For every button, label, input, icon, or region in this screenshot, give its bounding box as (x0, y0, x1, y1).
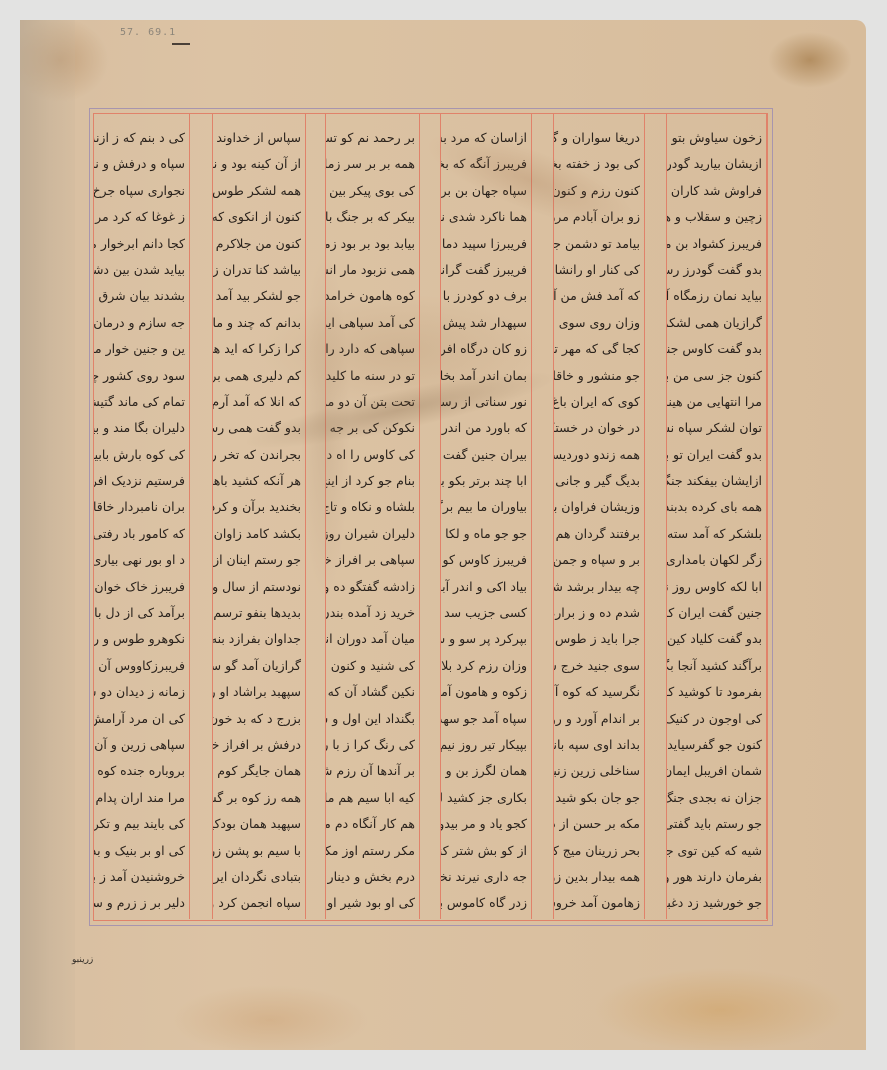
accession-number: 57. 69.1 (120, 27, 176, 38)
verse-line: زخون سیاوش بتو دارای نشان (667, 127, 766, 153)
verse-line: نکوکن کی بر جه ز دازشی (326, 417, 419, 443)
verse-line: سپاه جهان بن برافرش (441, 180, 531, 206)
verse-line: همی نزبود مار انسرد (326, 259, 419, 285)
verse-line: بداند اوی سپه بانیم (554, 734, 644, 760)
verse-line: که باورد من اندر نبرد (441, 417, 531, 443)
verse-line: سپاه و درفش و نبین نماند (94, 153, 189, 179)
verse-line: بر آندها آن رزم شد نکم (326, 760, 419, 786)
verse-line: سپهدار شد پیش خاقان چین (441, 312, 531, 338)
verse-line: شدم ده و ز برارم ار هر رو (554, 602, 644, 628)
verse-line: زگر لکهان بامداری دمان (667, 549, 766, 575)
text-column-right-1: زخون سیاوش بتو دارای نشانازیشان بیارید گ… (666, 113, 767, 919)
verse-line: بنام جو کرد از اینچ جز از (326, 470, 419, 496)
verse-line: بیاوران ما بیم برگ رخت (441, 496, 531, 522)
verse-line: برآگند کشید آنجا بگاه (667, 655, 766, 681)
verse-line: بر رحمد نم کو تسار باد (326, 127, 419, 153)
verse-line: بدو گفت گودرز رستم چگفت (667, 259, 766, 285)
verse-line: نکوهرو طوس و رستم جاک (94, 628, 189, 654)
verse-line: خروشنیدن آمد ز بالای کوه (94, 866, 189, 892)
verse-line: کی بود ز خفته بخاک اندرون (554, 153, 644, 179)
verse-line: گرازیان همی لشکر آمد بدید (667, 312, 766, 338)
verse-line: فریبرز خاک خوان فرست (94, 576, 189, 602)
verse-line: همه بای کرده بدبند گران (667, 496, 766, 522)
verse-line: نجواری سپاه جرخ ماه (94, 180, 189, 206)
verse-line: شیه که کین توی جو بجوی (667, 840, 766, 866)
verse-line: کی ان مرد آرامش ز باشت (94, 708, 189, 734)
verse-line: نکین گشاد آن که سپا ماهی (326, 681, 419, 707)
verse-line: کنون جو گفرسیاید جنگ (667, 734, 766, 760)
verse-line: جو خورشید زد دغبه بر شکاو (667, 892, 766, 918)
verse-line: ز غوغا که کرد مرا نشاند (94, 206, 189, 232)
catchword-note: زرینبو (72, 955, 93, 965)
verse-line: هر آنکه کشید باها و آ (213, 470, 305, 496)
text-column-left-1: کی د بنم که ز ازنه بر جایگاهسپاه و درفش … (93, 113, 190, 919)
verse-line: زو بران آبادم مرز و بوم (554, 206, 644, 232)
verse-line: ابا لکه کاوس روز نبرد (667, 576, 766, 602)
verse-line: زو کان درگاه افراسیاب (441, 338, 531, 364)
verse-line: همه بر بر سر زمان لکر هند (326, 153, 419, 179)
verse-line: بیاشد کنا تدران زرمگاه (213, 259, 305, 285)
verse-line: همه زندو دوردیست (554, 444, 644, 470)
verse-line: ازاسان که مرد بسیار باد (441, 127, 531, 153)
verse-line: سناخلی زرین زنبیل گیر (554, 760, 644, 786)
verse-line: جو جو ماه و لکا و فر شیذور رد (441, 523, 531, 549)
verse-line: کنون رزم و کنون کار (554, 180, 644, 206)
verse-line: کی د بنم که ز ازنه بر جایگاه (94, 127, 189, 153)
verse-line: بیابد بود بر بود زمان (326, 233, 419, 259)
verse-line: بیاید نمان رزمگاه آرمید (667, 285, 766, 311)
verse-line: گرازیان آمد گو سیلی (213, 655, 305, 681)
verse-line: جو رستم اینان از زوانا (213, 549, 305, 575)
text-column-left-2: سپاس از خداوند خورشید و ماهاز آن کینه بو… (212, 113, 306, 919)
verse-line: دلیران بگا مند و بیکار جنت (94, 417, 189, 443)
verse-line: از کو بش شتر کند زد (441, 840, 531, 866)
verse-line: نور سناتی از رستم نامدار (441, 391, 531, 417)
verse-line: بلشاه و نکاه و تاج و نخت (326, 496, 419, 522)
verse-line: بزرج د که بد خون هومرا (213, 708, 305, 734)
text-column-center-left: بر رحمد نم کو تسار بادهمه بر بر سر زمان … (325, 113, 420, 919)
verse-line: با سیم بو پشن زر دان بپای (213, 840, 305, 866)
verse-line: زمانه ز دیدان دو سیار باد (94, 681, 189, 707)
verse-line: مرا انتهایی من هیندد (667, 391, 766, 417)
verse-line: وزان روی سوی هامون گذشت (554, 312, 644, 338)
verse-line: بدانم که چند و مارا لکند (213, 312, 305, 338)
verse-line: سپاه انجمن کرد و جوش برآرد (213, 892, 305, 918)
verse-line: کسی جزیب سد که کو آر بیت (441, 602, 531, 628)
verse-line: بشدند بیان شرق ان سپاه (94, 285, 189, 311)
verse-line: کی رنگ کرا ز با ران کیکم (326, 734, 419, 760)
verse-line: بفرمان دارند هور و ماه (667, 866, 766, 892)
verse-line: بفرمود تا کوشید کوس (667, 681, 766, 707)
verse-line: بجراندن که تخر رستم (213, 444, 305, 470)
verse-line: فرستیم نزدیک افراسیاب (94, 470, 189, 496)
verse-line: بروباره جنده کوه گهر (94, 760, 189, 786)
verse-line: سپاس از خداوند خورشید و ماه (213, 127, 305, 153)
verse-line: بیکر که بر جنگ با یرک (326, 206, 419, 232)
verse-line: سوی جنید خرج سند (554, 655, 644, 681)
verse-line: ازایشان بیفکند جنگی (667, 470, 766, 496)
verse-line: بکاری جز کشید لجود (441, 787, 531, 813)
verse-line: کم دلیری همی برآید (213, 365, 305, 391)
verse-line: مکه بر حسن از دو من کند (554, 813, 644, 839)
verse-line: بگنداد این اول و شرین ین (326, 708, 419, 734)
verse-line: زهامون آمد خروش جکاو (554, 892, 644, 918)
verse-line: همان لگرز بن و لچرس (441, 760, 531, 786)
verse-line: همه بیدار بدین زرمکاه (554, 866, 644, 892)
verse-line: کنون جز سی من بر پسر نکشت (667, 365, 766, 391)
verse-line: بر و سپاه و جمن از زمان (554, 549, 644, 575)
verse-line: نودستم از سال و کست (213, 576, 305, 602)
verse-line: کجا دانم ابرخوار مایه سپاه (94, 233, 189, 259)
verse-line: بیاد اکی و اندر آبد بچنگ (441, 576, 531, 602)
verse-line: سپهبد براشاد او رایگان (213, 681, 305, 707)
verse-line: فراوش شد کاران کارزار (667, 180, 766, 206)
verse-line: برفتند گردان هم اندر زمان (554, 523, 644, 549)
verse-line: از آن کینه بود و نبین نماند (213, 153, 305, 179)
verse-line: بکشد کامد زاوان سپاه (213, 523, 305, 549)
verse-line: فریبرزا سپید دمان (441, 233, 531, 259)
verse-line: سود روی کشور چینی بزد (94, 365, 189, 391)
verse-line: بپرکرد پر سو و سپاه (441, 628, 531, 654)
verse-line: همه لشکر طوس با ازسپاه (213, 180, 305, 206)
verse-line: فریبرز کاوس کو بد نهفت (441, 549, 531, 575)
verse-line: زچین و سقلاب و هند و روم (667, 206, 766, 232)
verse-line: بدو گفت کلیاد کین در جیت (667, 628, 766, 654)
verse-line: بپیکار تیر روز نیم (441, 734, 531, 760)
verse-line: بدیدها بنفو ترسم بر نزدند (213, 602, 305, 628)
verse-line: بدیگ گیر و جانی شد (554, 470, 644, 496)
verse-line: جزان نه بجدی جنگ آوریم (667, 787, 766, 813)
verse-line: فریبرز آنگه که بخت بد (441, 153, 531, 179)
verse-line: فریبرز گفت گرانمایه مرد (441, 259, 531, 285)
verse-line: وزان رزم کرد بلا جلیس (441, 655, 531, 681)
verse-line: جه سازم و درمان این کار جنت (94, 312, 189, 338)
verse-line: کی او بود شیر او زان و بشرو (326, 892, 419, 918)
verse-line: کیه ابا سیم هم ماهر (326, 787, 419, 813)
verse-line: بیران جنین گفت خاقان چین (441, 444, 531, 470)
verse-line: بیاید شدن بین دشمن سپاه (94, 259, 189, 285)
verse-line: کرا زکرا که اید هی ماه (213, 338, 305, 364)
verse-line: د او بور نهی بیاری نهنت (94, 549, 189, 575)
verse-line: کی بایند بیم و تکردار زمان (94, 813, 189, 839)
verse-line: درم بخش و دینار درو شرا (326, 866, 419, 892)
verse-line: نگرسید که کوه آبنوس (554, 681, 644, 707)
verse-line: بدو گفت ایران تو بند بدین (667, 444, 766, 470)
verse-line: بر اندام آورد و روز نبرد (554, 708, 644, 734)
verse-line: که انلا که آمد آرم تمام (213, 391, 305, 417)
verse-line: کوه هامون خرامد ننف (326, 285, 419, 311)
verse-line: فریبرز کشواد بن من زحایی (667, 233, 766, 259)
verse-line: بتبادی نگردان ایران گروه (213, 866, 305, 892)
verse-line: جداوان بفرازد بنه خاک (213, 628, 305, 654)
verse-line: کنون من جلاکرم آرام گاه (213, 233, 305, 259)
verse-line: جو جان بکو شید وجنگ آورید (554, 787, 644, 813)
verse-line: جنین گفت ایران که ارجمند گاه (667, 602, 766, 628)
verse-line: برآمد کی از دل با درسود (94, 602, 189, 628)
verse-line: وزیشان فراوان برید برت (554, 496, 644, 522)
verse-line: مکر رستم اوز مکه بیبرد (326, 840, 419, 866)
verse-line: جو منشور و خاقان جون مرد (554, 365, 644, 391)
verse-line: بران نامبردار خاقان چین (94, 496, 189, 522)
verse-line: مرا مند اران پدام اندر رست (94, 787, 189, 813)
text-column-right-2: دریغا سواران و گردنکشانکی بود ز خفته بخا… (553, 113, 645, 919)
verse-line: ین و جنین خوار مایه سپاه (94, 338, 189, 364)
verse-line: سپاه آمد جو سهد بجلوا (441, 708, 531, 734)
verse-line: چه بیدار برشد شد اندر زمان (554, 576, 644, 602)
verse-line: تو در سنه ما کلید آورم (326, 365, 419, 391)
verse-line: ازیشان بیارید گودرز خون (667, 153, 766, 179)
verse-line: برف دو کودرز با او برف (441, 285, 531, 311)
verse-line: شمان افریبل ایمان ز آن (667, 760, 766, 786)
verse-line: همه رز کوه بر گشت (213, 787, 305, 813)
verse-line: سپاهی زرین و آن تخت عاج (94, 734, 189, 760)
verse-line: جرا باید ز طوس و رستم گرفت (554, 628, 644, 654)
verse-line: کی شنید و کنون بر آنکی نیب (326, 655, 419, 681)
verse-line: توان لشکر سپاه نشد (667, 417, 766, 443)
verse-line: بحر زرینان میج کوی بکوی (554, 840, 644, 866)
verse-line: میان آمد دوران اندر اشتیاد (326, 628, 419, 654)
ink-mark (172, 43, 190, 45)
verse-line: در خوان در خستکی سبد (554, 417, 644, 443)
verse-line: سپاهی که دارد رای (326, 338, 419, 364)
verse-line: بدو گفت همی رستم دستان (213, 417, 305, 443)
verse-line: زکوه و هامون آمد خروش (441, 681, 531, 707)
verse-line: زدر گاه کاموس بر کنار جنگ (441, 892, 531, 918)
verse-line: بمان اندر آمد بخادر رزم (441, 365, 531, 391)
verse-line: دلیران شیران روز نبرد (326, 523, 419, 549)
verse-line: ابا چند برتر بکو برفراز (441, 470, 531, 496)
verse-line: جه داری نیرند نخر و شیرا (441, 866, 531, 892)
verse-line: کی آمد سپاهی ایران زمین (326, 312, 419, 338)
verse-line: که کامور باد رفتی سپاه (94, 523, 189, 549)
text-column-center-right: ازاسان که مرد بسیار بادفریبرز آنگه که بخ… (440, 113, 532, 919)
verse-line: جو رستم باید گفتی کشید (667, 813, 766, 839)
verse-line: کوی که ایران باغ گشند (554, 391, 644, 417)
verse-line: کی اوجون در کنیک بجنگ (667, 708, 766, 734)
verse-line: دریغا سواران و گردنکشان (554, 127, 644, 153)
verse-line: بلشکر که آمد سته شادمان (667, 523, 766, 549)
verse-line: کی بوی پیکر بین بر خ (326, 180, 419, 206)
verse-line: همان جایگر کوم طاوس (213, 760, 305, 786)
verse-line: که آمد فش من آید بپند (554, 285, 644, 311)
verse-line: زادشه گفتگو ده و تو هنگ (326, 576, 419, 602)
verse-line: تحت بتن آن دو من برام دمان (326, 391, 419, 417)
verse-line: کی او بر بنیک و بدر منهای (94, 840, 189, 866)
verse-line: سپاهی بر افراز خسرویت (326, 549, 419, 575)
verse-line: کجو یاد و مر بیدو و جلیز (441, 813, 531, 839)
verse-line: دلیر بر ز زرم و سرش بر باد (94, 892, 189, 918)
verse-line: فریبرزکاووس آن نجمن (94, 655, 189, 681)
verse-line: کنون از انکوی که رستم بجاست (213, 206, 305, 232)
verse-line: جو لشکر بید آمد از زرمگاه (213, 285, 305, 311)
verse-line: هما ناکرد شدی نکجاتور (441, 206, 531, 232)
verse-line: بیامد تو دشمن جنگ رای (554, 233, 644, 259)
verse-line: بدو گفت کاوس جنگ آزمای (667, 338, 766, 364)
verse-line: کی کاوس را اه دوی بکین (326, 444, 419, 470)
verse-line: سپهبد همان بودکیمان (213, 813, 305, 839)
verse-line: خرید زد آمده بندن ز رزمگاه (326, 602, 419, 628)
verse-line: بخندید برآن و کرد آفرین (213, 496, 305, 522)
verse-line: درفش بر افراز خاقان و تاج (213, 734, 305, 760)
verse-line: هم کار آنگاه دم ماه ز دم خامان (326, 813, 419, 839)
verse-line: کی کنار او رانشا بگفت (554, 259, 644, 285)
verse-line: کی کوه بارش بابیل جنت (94, 444, 189, 470)
verse-line: تمام کی ماند گتیش سام (94, 391, 189, 417)
verse-line: کجا گی که مهر توانای (554, 338, 644, 364)
